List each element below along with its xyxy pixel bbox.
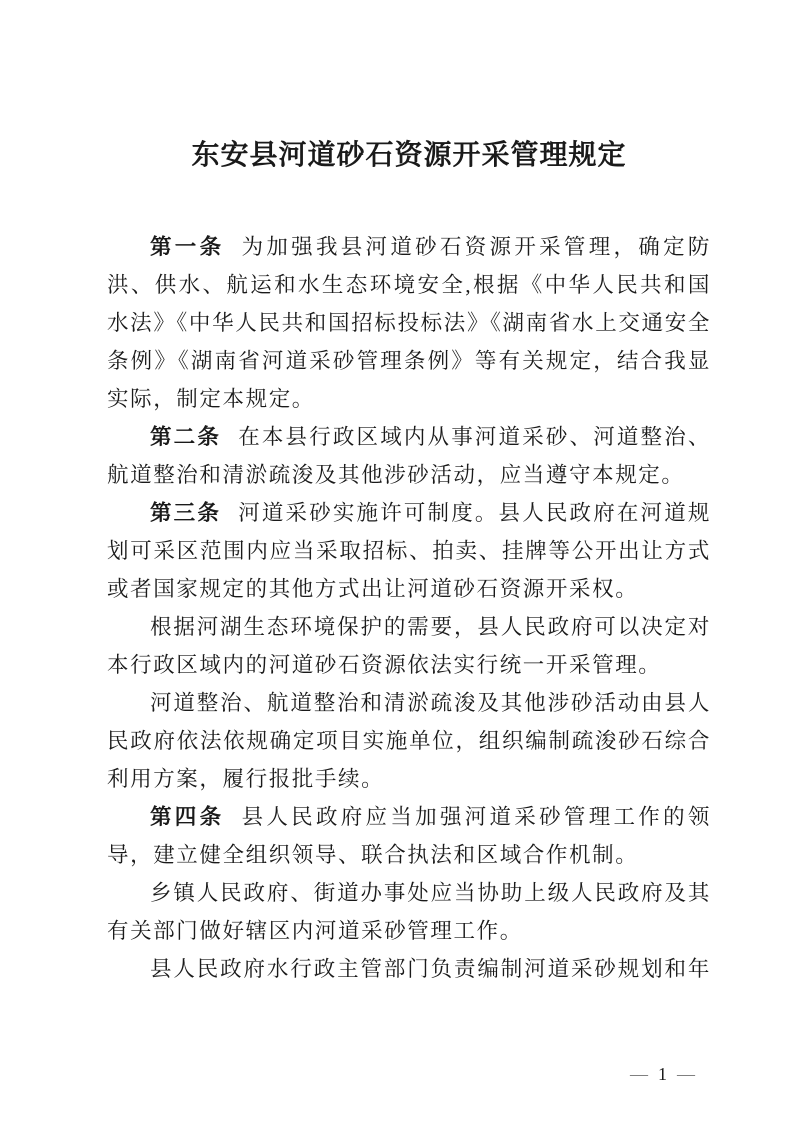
article-number: 第二条 xyxy=(150,425,221,449)
document-title: 东安县河道砂石资源开采管理规定 xyxy=(107,136,711,176)
document-content: 东安县河道砂石资源开采管理规定 第一条为加强我县河道砂石资源开采管理，确定防洪、… xyxy=(107,136,711,988)
paragraph-text: 县人民政府水行政主管部门负责编制河道采砂规划和年 xyxy=(150,957,711,981)
article-paragraph: 根据河湖生态环境保护的需要，县人民政府可以决定对本行政区域内的河道砂石资源依法实… xyxy=(107,608,711,684)
paragraph-text: 为加强我县河道砂石资源开采管理，确定防洪、供水、航运和水生态环境安全,根据《中华… xyxy=(107,235,711,411)
footer-dash-right: — xyxy=(677,1064,695,1084)
article-paragraph: 第二条在本县行政区域内从事河道采砂、河道整治、航道整治和清淤疏浚及其他涉砂活动，… xyxy=(107,418,711,494)
article-paragraph: 县人民政府水行政主管部门负责编制河道采砂规划和年 xyxy=(107,950,711,988)
article-paragraph: 河道整治、航道整治和清淤疏浚及其他涉砂活动由县人民政府依法依规确定项目实施单位，… xyxy=(107,684,711,798)
article-paragraph: 乡镇人民政府、街道办事处应当协助上级人民政府及其有关部门做好辖区内河道采砂管理工… xyxy=(107,874,711,950)
article-number: 第一条 xyxy=(150,235,224,259)
document-page: 东安县河道砂石资源开采管理规定 第一条为加强我县河道砂石资源开采管理，确定防洪、… xyxy=(0,0,793,1122)
page-number: —1— xyxy=(630,1064,695,1084)
page-number-value: 1 xyxy=(658,1064,667,1084)
paragraph-text: 根据河湖生态环境保护的需要，县人民政府可以决定对本行政区域内的河道砂石资源依法实… xyxy=(107,615,711,677)
article-paragraph: 第三条河道采砂实施许可制度。县人民政府在河道规划可采区范围内应当采取招标、拍卖、… xyxy=(107,494,711,608)
article-number: 第三条 xyxy=(150,501,221,525)
article-paragraph: 第一条为加强我县河道砂石资源开采管理，确定防洪、供水、航运和水生态环境安全,根据… xyxy=(107,228,711,418)
footer-dash-left: — xyxy=(630,1064,648,1084)
paragraph-text: 河道整治、航道整治和清淤疏浚及其他涉砂活动由县人民政府依法依规确定项目实施单位，… xyxy=(107,691,711,791)
paragraph-text: 乡镇人民政府、街道办事处应当协助上级人民政府及其有关部门做好辖区内河道采砂管理工… xyxy=(107,881,711,943)
article-paragraph: 第四条县人民政府应当加强河道采砂管理工作的领导，建立健全组织领导、联合执法和区域… xyxy=(107,798,711,874)
article-number: 第四条 xyxy=(150,805,224,829)
